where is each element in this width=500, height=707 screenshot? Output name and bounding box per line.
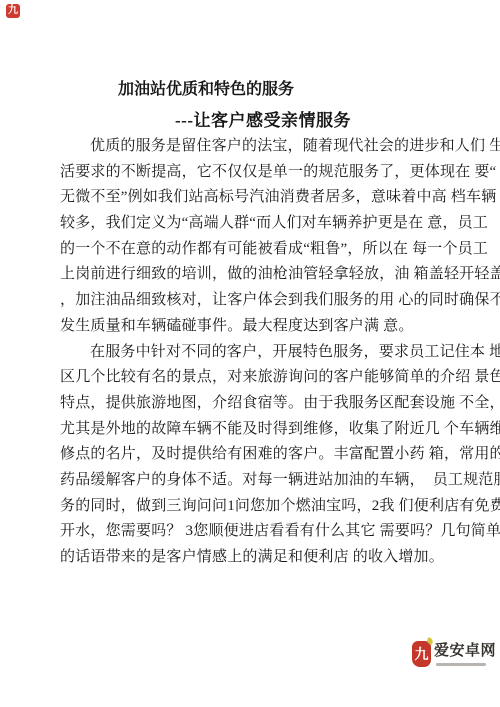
logo-seal-icon: 九 [412,641,431,667]
page-subtitle: ---让客户感受亲情服务 [175,106,351,131]
watermark-seal-glyph: 九 [8,5,18,16]
logo-text-block: 爱安卓网 [434,643,496,666]
logo-site-name: 爱安卓网 [434,643,496,660]
body-line: 优质的服务是留住客户的法宝，随着现代社会的进步和人们 生 [60,134,452,160]
body-line: 的话语带来的是客户情感上的满足和便利店 的收入增加。 [60,545,452,571]
site-logo: 九 爱安卓网 [412,641,496,667]
page-title: 加油站优质和特色的服务 [118,76,294,99]
body-line: 较多，我们定义为“高端人群“而人们对车辆养护更是在 意，员工 [60,211,452,237]
body-line: 在服务中针对不同的客户，开展特色服务，要求员工记住本 地 [60,340,452,366]
body-line: 的一个不在意的动作都有可能被看成“粗鲁”，所以在 每一个员工 [60,237,452,263]
watermark-seal-icon: 九 [6,4,20,18]
logo-tagline [436,663,486,666]
body-line: 区几个比较有名的景点，对来旅游询问的客户能够简单的介绍 景色 [60,365,452,391]
body-line: 尤其是外地的故障车辆不能及时得到维修，收集了附近几 个车辆维 [60,417,452,443]
body-line: ，加注油品细致核对，让客户体会到我们服务的用 心的同时确保不 [60,288,452,314]
logo-seal-glyph: 九 [415,644,429,664]
body-line: 发生质量和车辆磕碰事件。最大程度达到客户满 意。 [60,314,452,340]
body-line: 活要求的不断提高，它不仅仅是单一的规范服务了，更体现在 要“ [60,160,452,186]
body-line: 务的同时，做到三询问问1问您加个燃油宝吗，2我 们便利店有免费 [60,494,452,520]
body-line: 特点，提供旅游地图，介绍食宿等。由于我服务区配套设施 不全， [60,391,452,417]
body-line: 上岗前进行细致的培训，做的油枪油管轻拿轻放，油 箱盖轻开轻盖 [60,262,452,288]
body-line: 修点的名片，及时提供给有困难的客户。丰富配置小药 箱，常用的 [60,442,452,468]
body-line: 无微不至”例如我们站高标号汽油消费者居多，意味着中高 档车辆 [60,185,452,211]
document-body: 优质的服务是留住客户的法宝，随着现代社会的进步和人们 生 活要求的不断提高，它不… [60,134,452,571]
body-line: 药品缓解客户的身体不适。对每一辆进站加油的车辆， 员工规范服 [60,468,452,494]
document-page: { "page": { "background": "#ffffff", "te… [0,0,500,707]
body-line: 开水，您需要吗？ 3您顺便进店看看有什么其它 需要吗？几句简单 [60,519,452,545]
